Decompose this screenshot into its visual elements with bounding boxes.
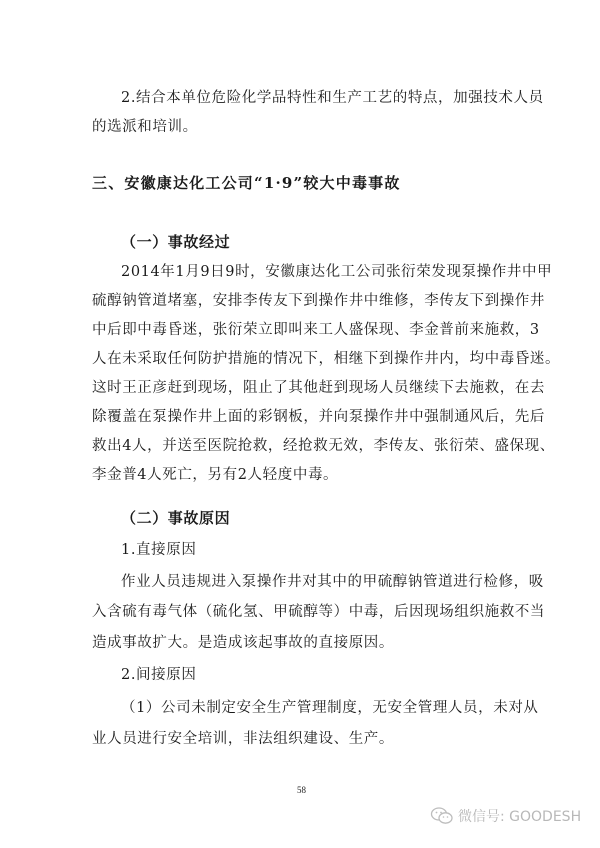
body-line: 2014年1月9日9时，安徽康达化工公司张衍荣发现泵操作井中甲 [121, 262, 510, 282]
watermark-text: 微信号: GOODESH [458, 806, 581, 826]
body-line: 这时王正彦赶到现场，阻止了其他赶到现场人员继续下去施救，在去 [92, 378, 510, 398]
cause-title: 1.直接原因 [121, 540, 510, 560]
body-line: 硫醇钠管道堵塞，安排李传友下到操作井中维修，李传友下到操作井 [92, 291, 510, 311]
body-line: 造成事故扩大。是造成该起事故的直接原因。 [92, 633, 510, 653]
body-line: 作业人员违规进入泵操作井对其中的甲硫醇钠管道进行检修，吸 [121, 572, 510, 592]
body-line: 救出4人，并送至医院抢救，经抢救无效，李传友、张衍荣、盛保现、 [92, 436, 510, 456]
body-line: 人在未采取任何防护措施的情况下，相继下到操作井内，均中毒昏迷。 [92, 349, 510, 369]
body-line: 除覆盖在泵操作井上面的彩钢板，并向泵操作井中强制通风后，先后 [92, 407, 510, 427]
cause-title: 2.间接原因 [121, 665, 510, 685]
body-line: 入含硫有毒气体（硫化氢、甲硫醇等）中毒，后因现场组织施救不当 [92, 602, 510, 622]
subsection-title: （二）事故原因 [121, 508, 510, 528]
body-line: 李金普4人死亡，另有2人轻度中毒。 [92, 465, 510, 485]
para-line: 的选派和培训。 [92, 117, 510, 137]
body-line: 中后即中毒昏迷，张衍荣立即叫来工人盛保现、李金普前来施救，3 [92, 320, 510, 340]
body-line: 业人员进行安全培训，非法组织建设、生产。 [92, 729, 510, 749]
document-page: 2.结合本单位危险化学品特性和生产工艺的特点，加强技术人员 的选派和培训。 三、… [0, 0, 600, 848]
subsection-title: （一）事故经过 [121, 232, 510, 252]
page-number: 58 [297, 785, 306, 795]
watermark: 微信号: GOODESH [430, 806, 581, 826]
section-heading: 三、安徽康达化工公司“1·9”较大中毒事故 [92, 173, 510, 193]
para-line: 2.结合本单位危险化学品特性和生产工艺的特点，加强技术人员 [121, 88, 510, 108]
body-line: （1）公司未制定安全生产管理制度，无安全管理人员，未对从 [121, 698, 510, 718]
wechat-icon [430, 807, 454, 825]
